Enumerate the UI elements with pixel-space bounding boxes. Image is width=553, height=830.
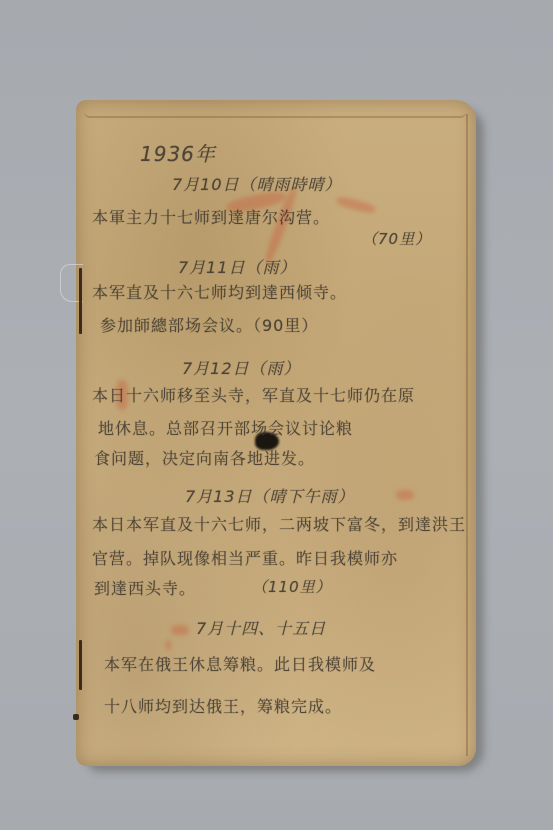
entry-date: 7月10日（晴雨時晴）: [172, 172, 342, 195]
binding-staple-top: [79, 268, 82, 334]
page-right-edge: [466, 114, 468, 756]
entry-distance: （110里）: [252, 576, 332, 597]
entry-line: 地休息。总部召开部场会议讨论粮: [98, 416, 353, 439]
entry-line: 本日本军直及十六七师，二两坡下富冬，到達洪王: [92, 512, 466, 535]
binding-staple-end: [73, 714, 79, 720]
entry-date: 7月11日（雨）: [178, 255, 297, 278]
entry-distance: （70里）: [362, 228, 431, 249]
entry-line: 十八师均到达俄王，筹粮完成。: [104, 694, 342, 717]
binding-staple-bottom: [79, 640, 82, 690]
page-top-edge: [84, 106, 466, 118]
entry-date: 7月12日（雨）: [182, 356, 301, 379]
entry-line: 本日十六师移至头寺，军直及十七师仍在原: [92, 383, 415, 406]
entry-date: 7月十四、十五日: [196, 616, 326, 639]
red-stain: [171, 625, 189, 635]
entry-line: 参加師總部场会议。（90里）: [100, 313, 318, 336]
red-stain: [166, 640, 171, 650]
entry-line: 本军在俄王休息筹粮。此日我模师及: [104, 652, 376, 675]
red-stain: [396, 490, 414, 500]
diary-year: 1936年: [140, 138, 216, 167]
entry-line: 官营。掉队现像相当严重。昨日我模师亦: [92, 546, 398, 569]
entry-line: 到達西头寺。: [94, 576, 196, 599]
entry-line: 本軍主力十七师到達唐尔沟营。: [92, 205, 330, 228]
entry-line: 食问题，决定向南各地进发。: [94, 446, 315, 469]
entry-date: 7月13日（晴下午雨）: [185, 484, 355, 507]
entry-line: 本军直及十六七师均到達西倾寺。: [92, 280, 347, 303]
red-stain: [335, 195, 376, 215]
